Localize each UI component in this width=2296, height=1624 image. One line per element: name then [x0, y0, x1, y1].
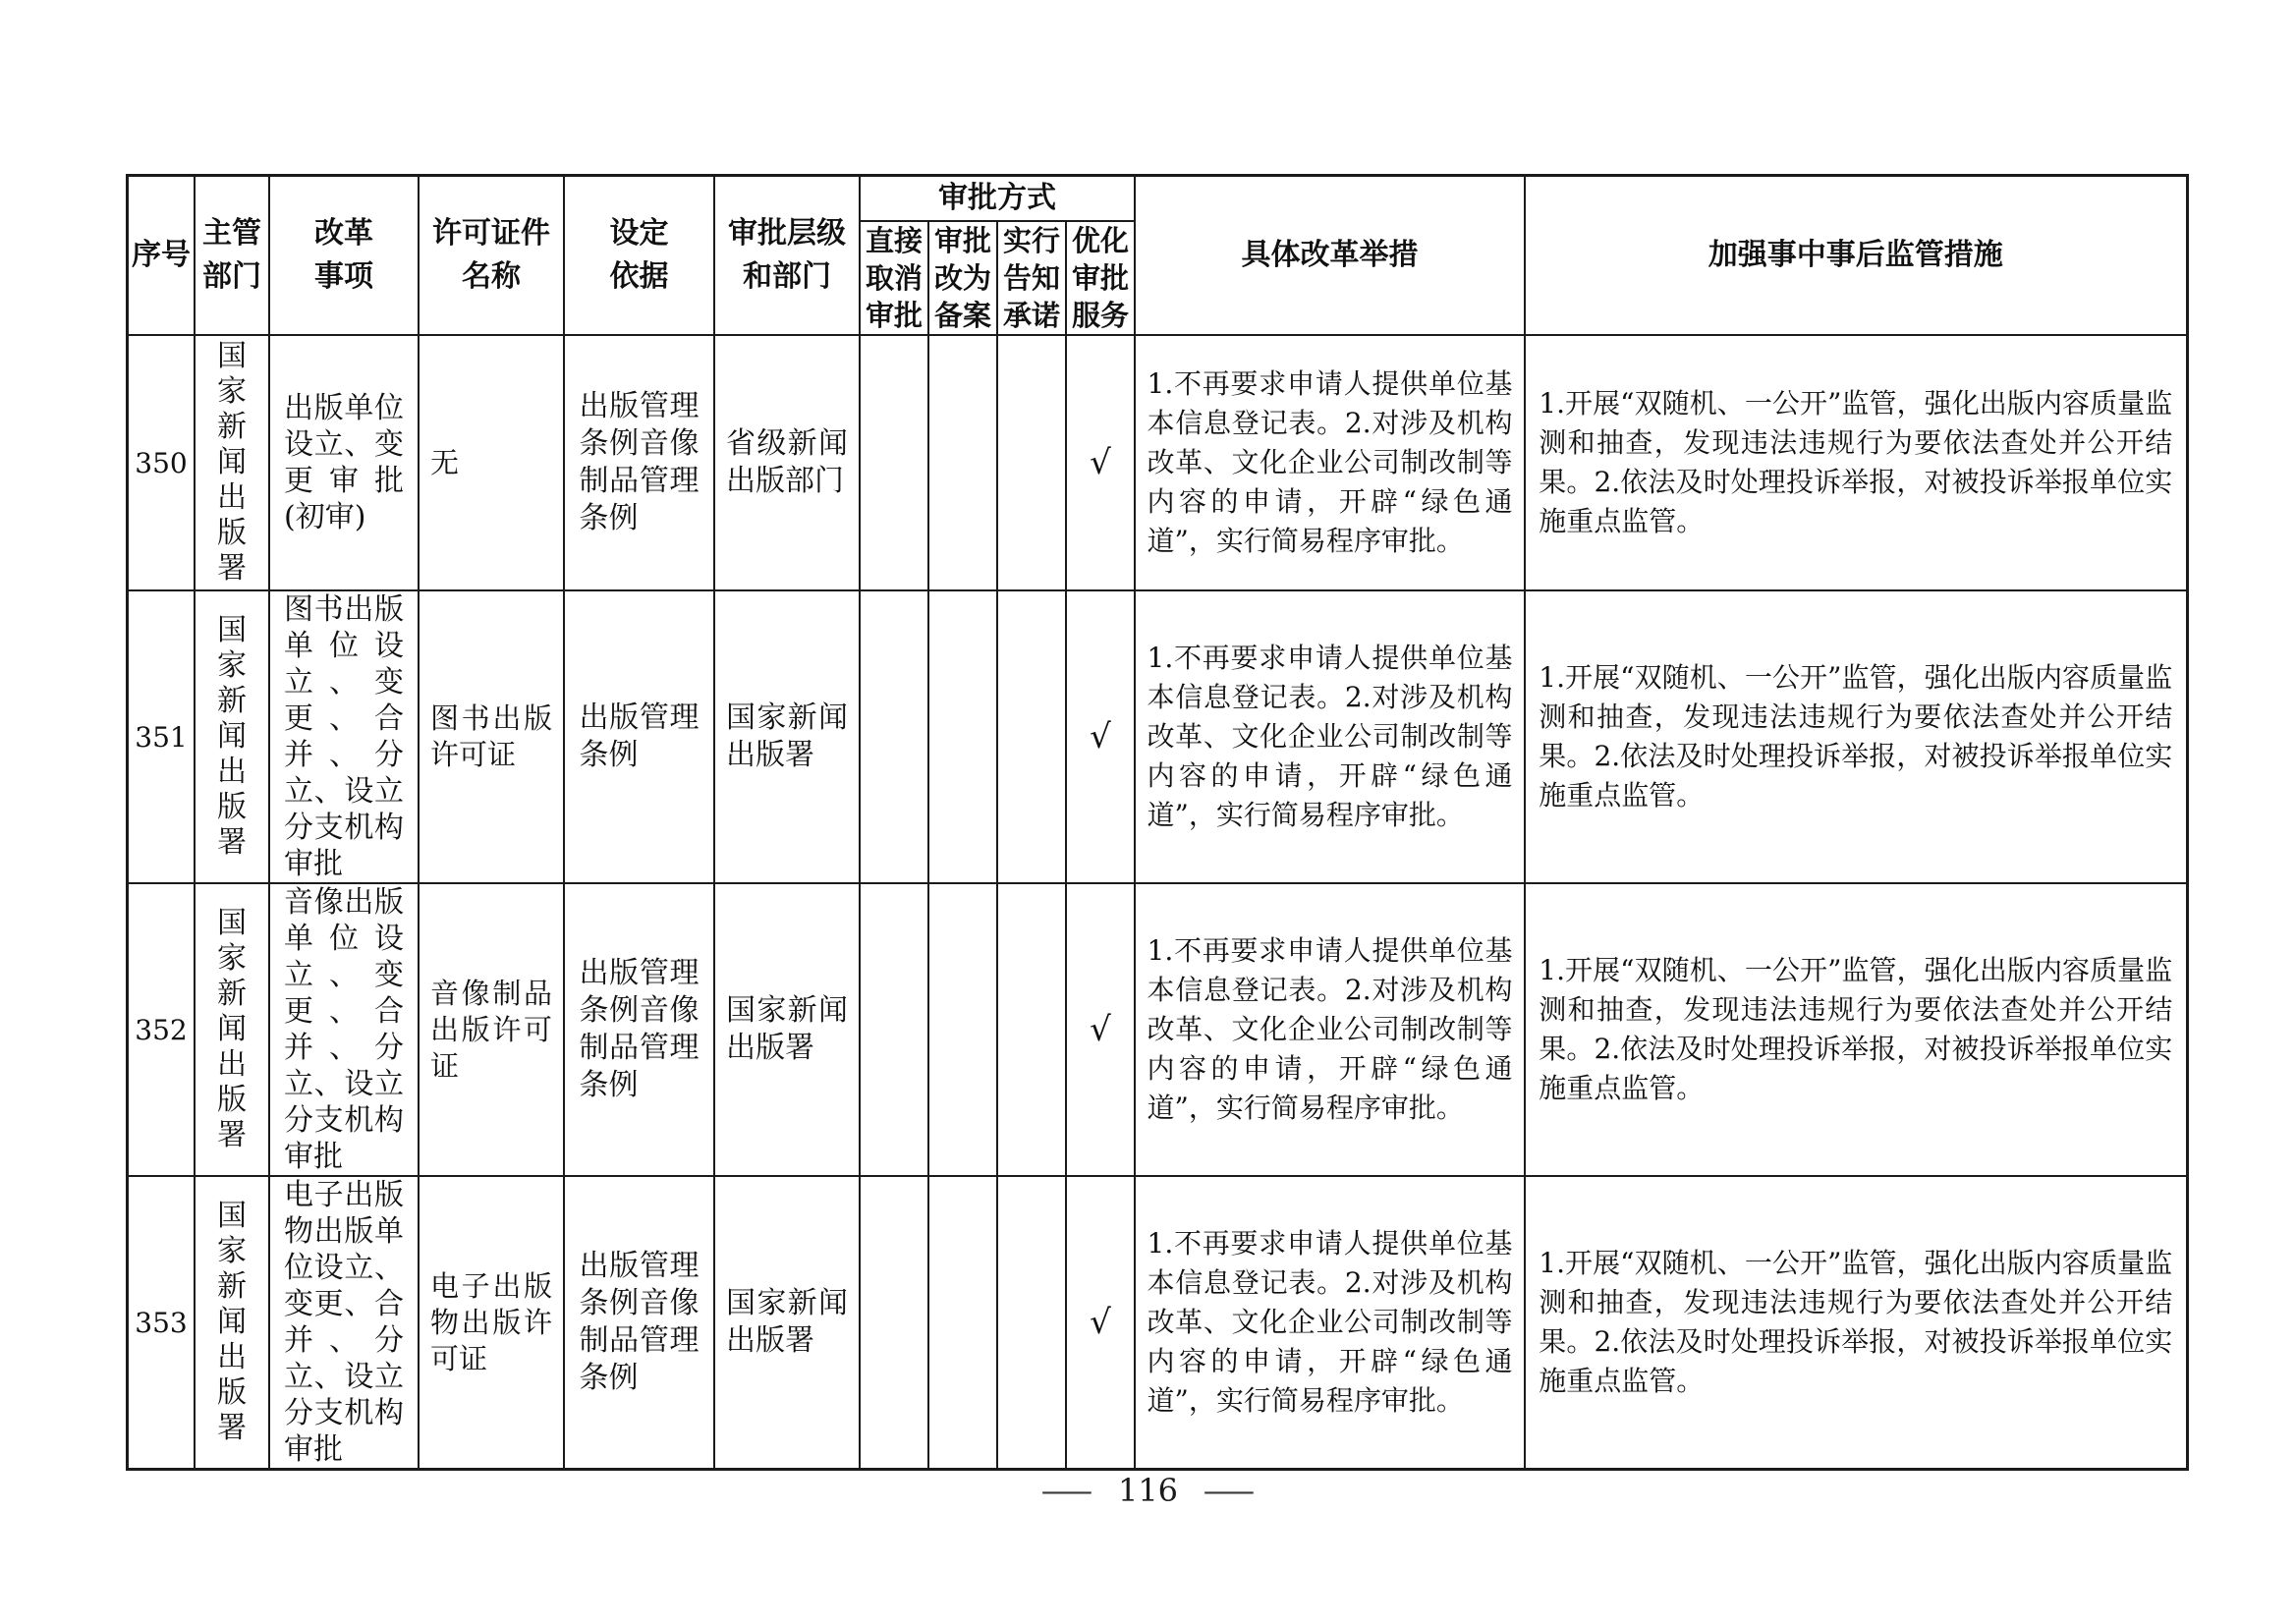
cell-mode-record	[928, 883, 997, 1176]
approval-reform-table-wrap: 序号 主管部门 改革事项 许可证件名称 设定依据 审批层级和部门 审批方式 具体…	[126, 174, 2189, 1471]
cell-department: 国 家 新 闻 出 版 署	[195, 590, 269, 883]
cell-mode-commitment	[997, 590, 1066, 883]
col-header-department: 主管部门	[195, 176, 269, 336]
cell-approval-level: 国家新闻出版署	[714, 883, 860, 1176]
table-row-350: 350 国 家 新 闻 出 版 署 出版单位设立、变更审批(初审) 无 出版管理…	[128, 335, 2188, 590]
cell-measures: 1.不再要求申请人提供单位基本信息登记表。2.对涉及机构改革、文化企业公司制改制…	[1135, 883, 1525, 1176]
page-footer: — 116 —	[0, 1472, 2296, 1509]
cell-department: 国 家 新 闻 出 版 署	[195, 1176, 269, 1470]
cell-serial: 353	[128, 1176, 196, 1470]
col-header-measures: 具体改革举措	[1135, 176, 1525, 336]
table-row-351: 351 国 家 新 闻 出 版 署 图书出版单位设立、变更、合并、分立、设立分支…	[128, 590, 2188, 883]
cell-supervision: 1.开展“双随机、一公开”监管，强化出版内容质量监测和抽查，发现违法违规行为要依…	[1525, 590, 2187, 883]
table-row-353: 353 国 家 新 闻 出 版 署 电子出版物出版单位设立、变更、合并、分立、设…	[128, 1176, 2188, 1470]
table-row-352: 352 国 家 新 闻 出 版 署 音像出版单位设立、变更、合并、分立、设立分支…	[128, 883, 2188, 1176]
cell-mode-optimize-checkmark: √	[1066, 590, 1135, 883]
cell-department: 国 家 新 闻 出 版 署	[195, 335, 269, 590]
cell-department: 国 家 新 闻 出 版 署	[195, 883, 269, 1176]
col-header-license-name: 许可证件名称	[419, 176, 564, 336]
cell-supervision: 1.开展“双随机、一公开”监管，强化出版内容质量监测和抽查，发现违法违规行为要依…	[1525, 1176, 2187, 1470]
cell-supervision: 1.开展“双随机、一公开”监管，强化出版内容质量监测和抽查，发现违法违规行为要依…	[1525, 335, 2187, 590]
cell-reform-item: 图书出版单位设立、变更、合并、分立、设立分支机构审批	[269, 590, 419, 883]
cell-measures: 1.不再要求申请人提供单位基本信息登记表。2.对涉及机构改革、文化企业公司制改制…	[1135, 335, 1525, 590]
col-header-mode-commitment: 实行告知承诺	[997, 221, 1066, 335]
cell-mode-commitment	[997, 335, 1066, 590]
cell-mode-cancel	[860, 1176, 928, 1470]
cell-mode-cancel	[860, 590, 928, 883]
cell-license-name: 图书出版许可证	[419, 590, 564, 883]
cell-mode-cancel	[860, 883, 928, 1176]
cell-approval-level: 国家新闻出版署	[714, 1176, 860, 1470]
cell-measures: 1.不再要求申请人提供单位基本信息登记表。2.对涉及机构改革、文化企业公司制改制…	[1135, 1176, 1525, 1470]
cell-mode-optimize-checkmark: √	[1066, 1176, 1135, 1470]
cell-mode-cancel	[860, 335, 928, 590]
col-header-basis: 设定依据	[564, 176, 714, 336]
approval-reform-table: 序号 主管部门 改革事项 许可证件名称 设定依据 审批层级和部门 审批方式 具体…	[126, 174, 2189, 1471]
cell-serial: 350	[128, 335, 196, 590]
cell-mode-commitment	[997, 883, 1066, 1176]
cell-mode-record	[928, 335, 997, 590]
cell-approval-level: 省级新闻出版部门	[714, 335, 860, 590]
col-header-supervision: 加强事中事后监管措施	[1525, 176, 2187, 336]
cell-reform-item: 音像出版单位设立、变更、合并、分立、设立分支机构审批	[269, 883, 419, 1176]
cell-mode-optimize-checkmark: √	[1066, 883, 1135, 1176]
cell-mode-commitment	[997, 1176, 1066, 1470]
cell-basis: 出版管理条例	[564, 590, 714, 883]
footer-right-dash: —	[1203, 1472, 1256, 1509]
cell-license-name: 无	[419, 335, 564, 590]
col-header-reform-item: 改革事项	[269, 176, 419, 336]
cell-basis: 出版管理条例音像制品管理条例	[564, 1176, 714, 1470]
col-header-serial: 序号	[128, 176, 196, 336]
cell-supervision: 1.开展“双随机、一公开”监管，强化出版内容质量监测和抽查，发现违法违规行为要依…	[1525, 883, 2187, 1176]
cell-mode-optimize-checkmark: √	[1066, 335, 1135, 590]
cell-license-name: 电子出版物出版许可证	[419, 1176, 564, 1470]
cell-approval-level: 国家新闻出版署	[714, 590, 860, 883]
cell-license-name: 音像制品出版许可证	[419, 883, 564, 1176]
cell-basis: 出版管理条例音像制品管理条例	[564, 883, 714, 1176]
cell-serial: 352	[128, 883, 196, 1176]
cell-mode-record	[928, 1176, 997, 1470]
col-header-mode-record: 审批改为备案	[928, 221, 997, 335]
document-page: 序号 主管部门 改革事项 许可证件名称 设定依据 审批层级和部门 审批方式 具体…	[0, 0, 2296, 1624]
cell-measures: 1.不再要求申请人提供单位基本信息登记表。2.对涉及机构改革、文化企业公司制改制…	[1135, 590, 1525, 883]
cell-basis: 出版管理条例音像制品管理条例	[564, 335, 714, 590]
cell-reform-item: 出版单位设立、变更审批(初审)	[269, 335, 419, 590]
page-number: 116	[1118, 1472, 1178, 1509]
cell-reform-item: 电子出版物出版单位设立、变更、合并、分立、设立分支机构审批	[269, 1176, 419, 1470]
col-header-mode-optimize: 优化审批服务	[1066, 221, 1135, 335]
col-header-approval-level: 审批层级和部门	[714, 176, 860, 336]
cell-serial: 351	[128, 590, 196, 883]
cell-mode-record	[928, 590, 997, 883]
col-header-approval-mode-group: 审批方式	[860, 176, 1135, 222]
footer-left-dash: —	[1040, 1472, 1093, 1509]
col-header-mode-cancel: 直接取消审批	[860, 221, 928, 335]
